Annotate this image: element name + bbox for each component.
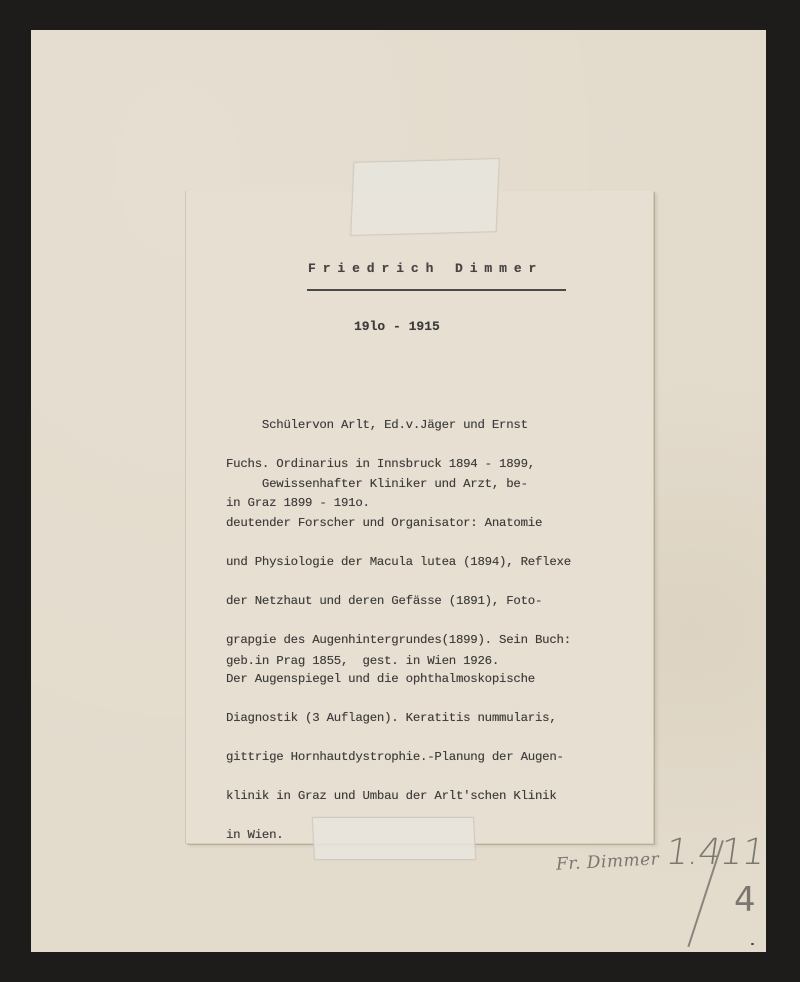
text-line: der Netzhaut und deren Gefässe (1891), F… <box>226 595 626 608</box>
text-line: Diagnostik (3 Auflagen). Keratitis nummu… <box>226 712 626 725</box>
lifespan-years: 19lo - 1915 <box>354 320 440 333</box>
text-line: in Wien. <box>226 829 626 842</box>
title-underline <box>307 289 566 291</box>
text-line: gittrige Hornhautdystrophie.-Planung der… <box>226 751 626 764</box>
text-line: Gewissenhafter Kliniker und Arzt, be- <box>226 478 626 491</box>
birth-death-line: geb.in Prag 1855, gest. in Wien 1926. <box>226 655 499 668</box>
adhesive-tape-top <box>350 158 499 236</box>
text-line: grapgie des Augenhintergrundes(1899). Se… <box>226 634 626 647</box>
text-line: Der Augenspiegel und die ophthalmoskopis… <box>226 673 626 686</box>
pencil-catalog-number: 1.411 <box>663 832 767 873</box>
document-title: Friedrich Dimmer <box>308 262 543 275</box>
text-line: und Physiologie der Macula lutea (1894),… <box>226 556 626 569</box>
text-line: deutender Forscher und Organisator: Anat… <box>226 517 626 530</box>
dust-speck <box>751 943 754 945</box>
pencil-catalog-sub: 4 <box>734 880 756 920</box>
text-line: Schülervon Arlt, Ed.v.Jäger und Ernst <box>226 419 626 432</box>
text-line: klinik in Graz und Umbau der Arlt'schen … <box>226 790 626 803</box>
